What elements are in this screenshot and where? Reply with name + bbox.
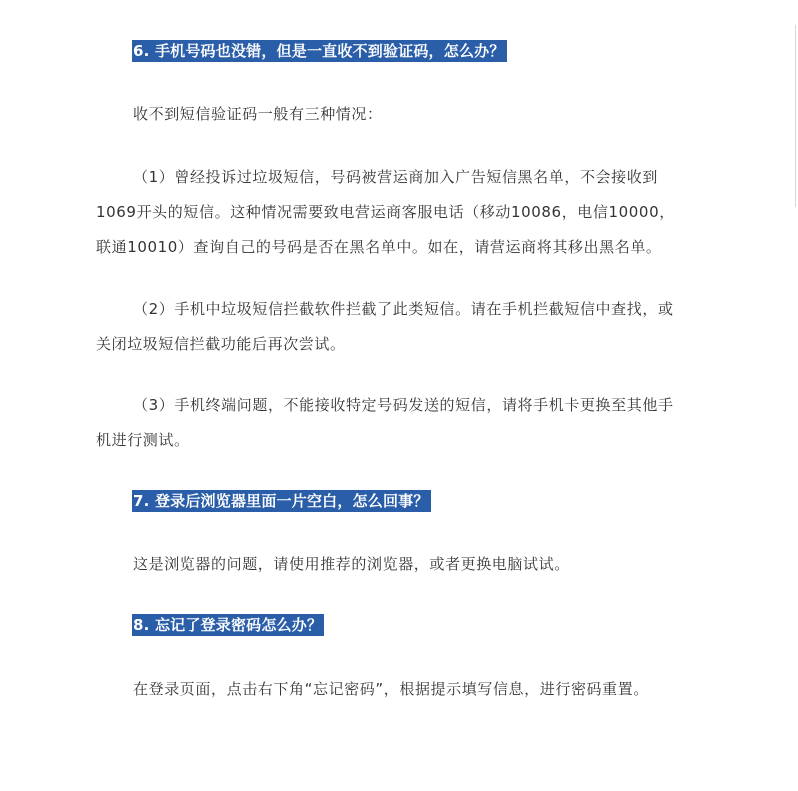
faq-6-item-1-line-3: 联通10010）查询自己的号码是否在黑名单中。如在，请营运商将其移出黑名单。 <box>96 236 662 257</box>
faq-8-answer: 在登录页面，点击右下角“忘记密码”，根据提示填写信息，进行密码重置。 <box>133 678 649 699</box>
faq-6-item-1-line-1: （1）曾经投诉过垃圾短信，号码被营运商加入广告短信黑名单，不会接收到 <box>133 166 658 187</box>
faq-heading-8: 8. 忘记了登录密码怎么办？ <box>132 614 324 636</box>
faq-6-intro: 收不到短信验证码一般有三种情况： <box>133 103 383 124</box>
faq-document: 6. 手机号码也没错，但是一直收不到验证码，怎么办？ 收不到短信验证码一般有三种… <box>0 0 798 791</box>
faq-7-answer: 这是浏览器的问题，请使用推荐的浏览器，或者更换电脑试试。 <box>133 553 570 574</box>
faq-6-item-2-line-2: 关闭垃圾短信拦截功能后再次尝试。 <box>96 333 346 354</box>
faq-6-item-2-line-1: （2）手机中垃圾短信拦截软件拦截了此类短信。请在手机拦截短信中查找，或 <box>133 298 674 319</box>
faq-heading-6: 6. 手机号码也没错，但是一直收不到验证码，怎么办？ <box>132 40 507 62</box>
faq-6-item-3-line-1: （3）手机终端问题，不能接收特定号码发送的短信，请将手机卡更换至其他手 <box>133 394 674 415</box>
faq-heading-7: 7. 登录后浏览器里面一片空白，怎么回事？ <box>132 490 431 512</box>
faq-6-item-1-line-2: 1069开头的短信。这种情况需要致电营运商客服电话（移动10086，电信1000… <box>96 201 675 222</box>
scrollbar-edge <box>795 25 796 207</box>
faq-6-item-3-line-2: 机进行测试。 <box>96 429 190 450</box>
